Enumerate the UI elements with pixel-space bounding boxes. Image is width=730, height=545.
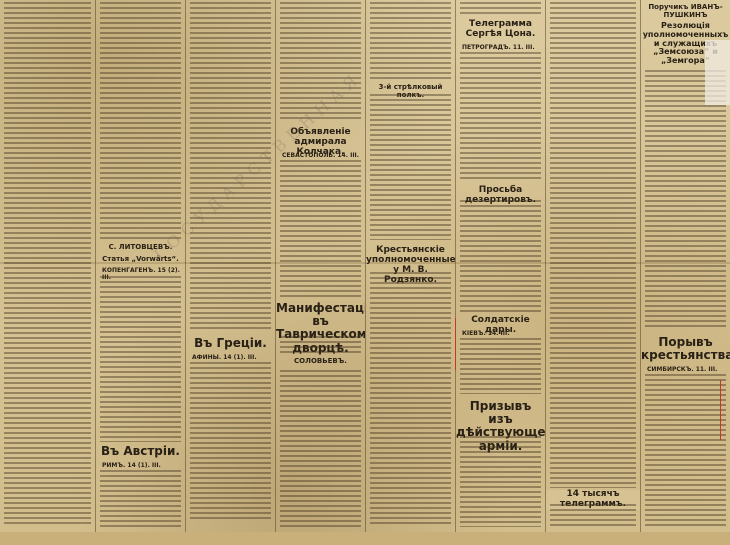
newspaper-page: С. ЛИТОВЦЕВЪ. Статья „Vorwärts“. КОПЕНГА… <box>0 0 730 545</box>
body-text <box>460 52 541 182</box>
headline-telegram-tsion: Телеграмма Сергѣя Цона. <box>456 20 545 40</box>
body-text <box>280 336 361 354</box>
body-text <box>550 2 636 488</box>
red-margin-mark <box>720 380 721 440</box>
body-text <box>645 374 726 527</box>
headline-austria: Въ Австріи. <box>96 445 185 458</box>
column-2: С. ЛИТОВЦЕВЪ. Статья „Vorwärts“. КОПЕНГА… <box>96 0 186 532</box>
column-5: 3-й стрѣлковый полкъ. Крестьянскіе уполн… <box>366 0 456 532</box>
body-text <box>645 70 726 330</box>
column-7: 14 тысячъ телеграммъ. <box>546 0 641 532</box>
column-1 <box>0 0 96 532</box>
dateline: СЕВАСТОПОЛЬ. 14. III. <box>282 152 359 159</box>
subheadline: Статья „Vorwärts“. <box>96 256 185 264</box>
body-text <box>370 94 451 240</box>
tape-patch <box>705 40 730 105</box>
body-text <box>550 504 636 528</box>
body-text <box>100 470 181 528</box>
body-text <box>460 2 541 16</box>
column-6: Телеграмма Сергѣя Цона. ПЕТРОГРАДЪ. 11. … <box>456 0 546 532</box>
dateline: АФИНЫ. 14 (1). III. <box>192 354 257 361</box>
body-text <box>280 370 361 527</box>
body-text <box>280 160 361 300</box>
body-text <box>100 2 181 240</box>
headline-greece: Въ Греціи. <box>186 337 275 350</box>
dateline: КІЕВЪ. 14. III. <box>462 330 510 337</box>
body-text <box>4 2 91 527</box>
column-3: Въ Греціи. АФИНЫ. 14 (1). III. <box>186 0 276 532</box>
body-text <box>460 338 541 394</box>
red-margin-mark <box>455 318 456 370</box>
body-text <box>100 276 181 442</box>
signature: СОЛОВЬЕВЪ. <box>276 358 365 366</box>
signature: Поручикъ ИВАНЪ-ПУШКИНЪ <box>641 4 730 19</box>
headline-peasant-impulse: Порывъ крестьянства. <box>641 336 730 362</box>
dateline: СИМБИРСКЪ. 11. III. <box>647 366 717 373</box>
body-text <box>460 436 541 527</box>
dateline: РИМЪ. 14 (1). III. <box>102 462 161 469</box>
dateline: ПЕТРОГРАДЪ. 11. III. <box>462 44 535 51</box>
body-text <box>460 200 541 312</box>
body-text <box>370 272 451 527</box>
page-edge <box>0 532 730 545</box>
body-text <box>190 362 271 522</box>
